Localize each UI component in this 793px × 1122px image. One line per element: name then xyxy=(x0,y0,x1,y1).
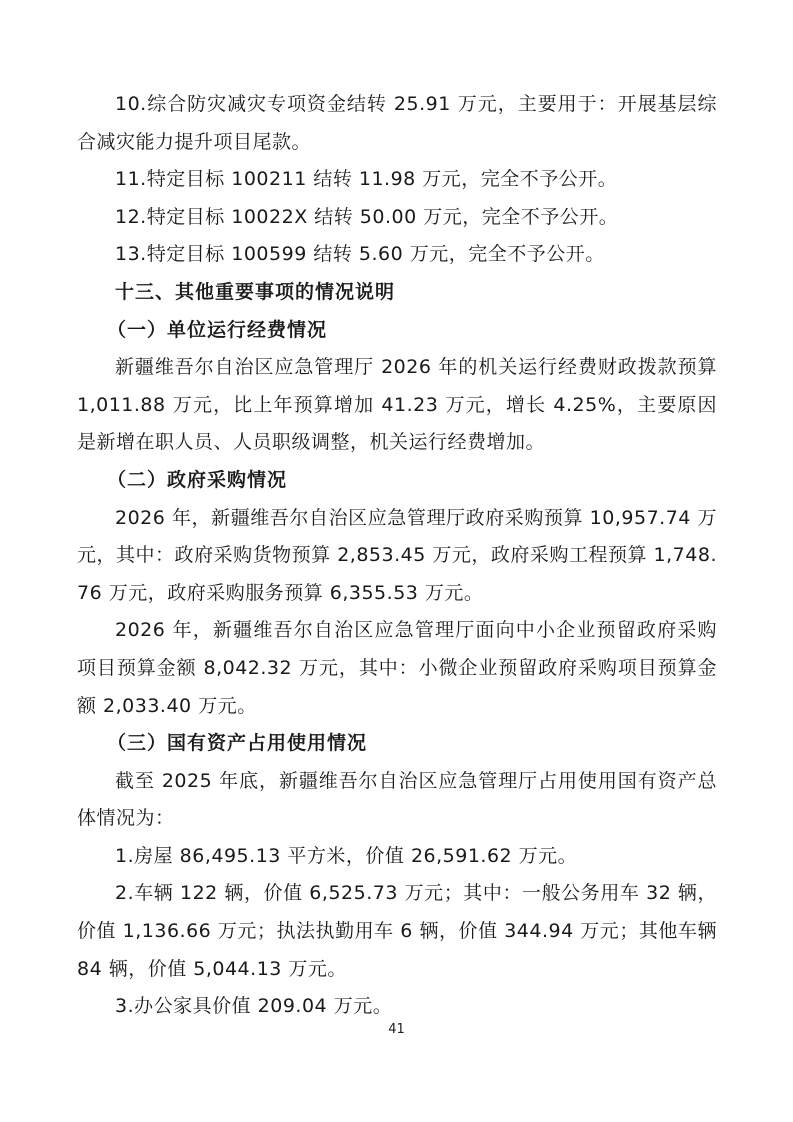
paragraph-assets-vehicles: 2.车辆 122 辆，价值 6,525.73 万元；其中：一般公务用车 32 辆… xyxy=(77,875,717,988)
paragraph-procurement-budget: 2026 年，新疆维吾尔自治区应急管理厅政府采购预算 10,957.74 万元，… xyxy=(77,500,717,613)
paragraph-assets-buildings: 1.房屋 86,495.13 平方米，价值 26,591.62 万元。 xyxy=(77,838,717,876)
subsection-heading-state-assets: （三）国有资产占用使用情况 xyxy=(77,725,717,763)
section-heading-13: 十三、其他重要事项的情况说明 xyxy=(77,274,717,312)
subsection-heading-operating-costs: （一）单位运行经费情况 xyxy=(77,312,717,350)
page-number: 41 xyxy=(0,1022,793,1037)
paragraph-assets-intro: 截至 2025 年底，新疆维吾尔自治区应急管理厅占用使用国有资产总体情况为： xyxy=(77,763,717,838)
paragraph-carryover-13: 13.特定目标 100599 结转 5.60 万元，完全不予公开。 xyxy=(77,236,717,274)
paragraph-carryover-11: 11.特定目标 100211 结转 11.98 万元，完全不予公开。 xyxy=(77,161,717,199)
paragraph-assets-furniture: 3.办公家具价值 209.04 万元。 xyxy=(77,988,717,1026)
paragraph-carryover-10: 10.综合防灾减灾专项资金结转 25.91 万元，主要用于：开展基层综合减灾能力… xyxy=(77,86,717,161)
paragraph-sme-procurement: 2026 年，新疆维吾尔自治区应急管理厅面向中小企业预留政府采购项目预算金额 8… xyxy=(77,612,717,725)
subsection-heading-procurement: （二）政府采购情况 xyxy=(77,462,717,500)
paragraph-operating-costs: 新疆维吾尔自治区应急管理厅 2026 年的机关运行经费财政拨款预算 1,011.… xyxy=(77,349,717,462)
document-page: 10.综合防灾减灾专项资金结转 25.91 万元，主要用于：开展基层综合减灾能力… xyxy=(77,86,717,1026)
paragraph-carryover-12: 12.特定目标 10022X 结转 50.00 万元，完全不予公开。 xyxy=(77,199,717,237)
